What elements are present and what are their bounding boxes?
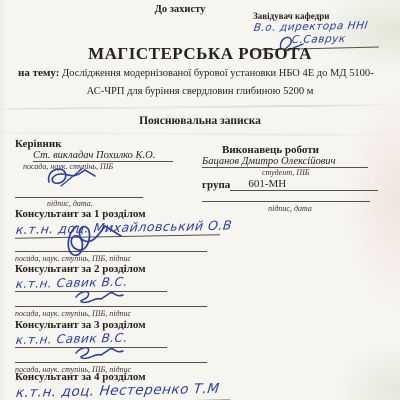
- thesis-title-page: До захисту Завідувач кафедри В.о. директ…: [0, 0, 400, 400]
- consultant-2-block: Консультант за 2 розділом к.т.н. Савик В…: [15, 263, 255, 318]
- page-title: МАГІСТЕРСЬКА РОБОТА: [0, 44, 400, 64]
- consultant-2-signature-scribble: [73, 288, 133, 304]
- executor-label: Виконавець роботи: [222, 144, 378, 156]
- topic-line2: АС-ЧРП для буріння свердловин глибиною 5…: [0, 86, 400, 97]
- subtitle: Пояснювальна записка: [0, 115, 400, 127]
- supervisor-signature-scribble: [43, 164, 101, 190]
- consultant-2-caption: посада, наук. ступінь, ПІБ, підпис: [15, 309, 255, 318]
- executor-caption-student: студент, ПІБ: [262, 168, 378, 177]
- topic-line1: Дослідження модернізованої бурової устан…: [62, 68, 374, 79]
- consultant-4-block: Консультант за 4 розділом к.т.н. доц. Не…: [15, 371, 275, 400]
- consultant-1-signature-scribble: [63, 222, 133, 262]
- consultant-1-caption: посада, наук. ступінь, ПІБ, підпис: [15, 254, 255, 263]
- consultant-3-block: Консультант за 3 розділом к.т.н. Савик В…: [15, 319, 255, 374]
- executor-group-value: 601-МН: [230, 178, 378, 191]
- supervisor-label: Керівник: [15, 138, 195, 150]
- scan-crease-2: [0, 132, 400, 137]
- scan-crease-1: [0, 104, 400, 110]
- consultant-1-block: Консультант за 1 розділом к.т.н. доц. Ми…: [15, 208, 255, 263]
- executor-group-row: група 601-МН: [202, 178, 378, 191]
- executor-name: Бацанов Дмитро Олексійович: [202, 156, 368, 168]
- supervisor-block: Керівник Ст. викладач Похилко К.О. посад…: [15, 138, 195, 208]
- supervisor-name: Ст. викладач Похилко К.О.: [33, 150, 173, 162]
- topic-label: на тему:: [18, 67, 59, 79]
- supervisor-caption-sign: підпис, дата,: [47, 199, 195, 208]
- consultant-3-signature-scribble: [73, 344, 133, 360]
- executor-block: Виконавець роботи Бацанов Дмитро Олексій…: [202, 144, 378, 213]
- topic-line1-wrap: на тему: Дослідження модернізованої буро…: [18, 67, 388, 79]
- executor-group-label: група: [202, 179, 230, 191]
